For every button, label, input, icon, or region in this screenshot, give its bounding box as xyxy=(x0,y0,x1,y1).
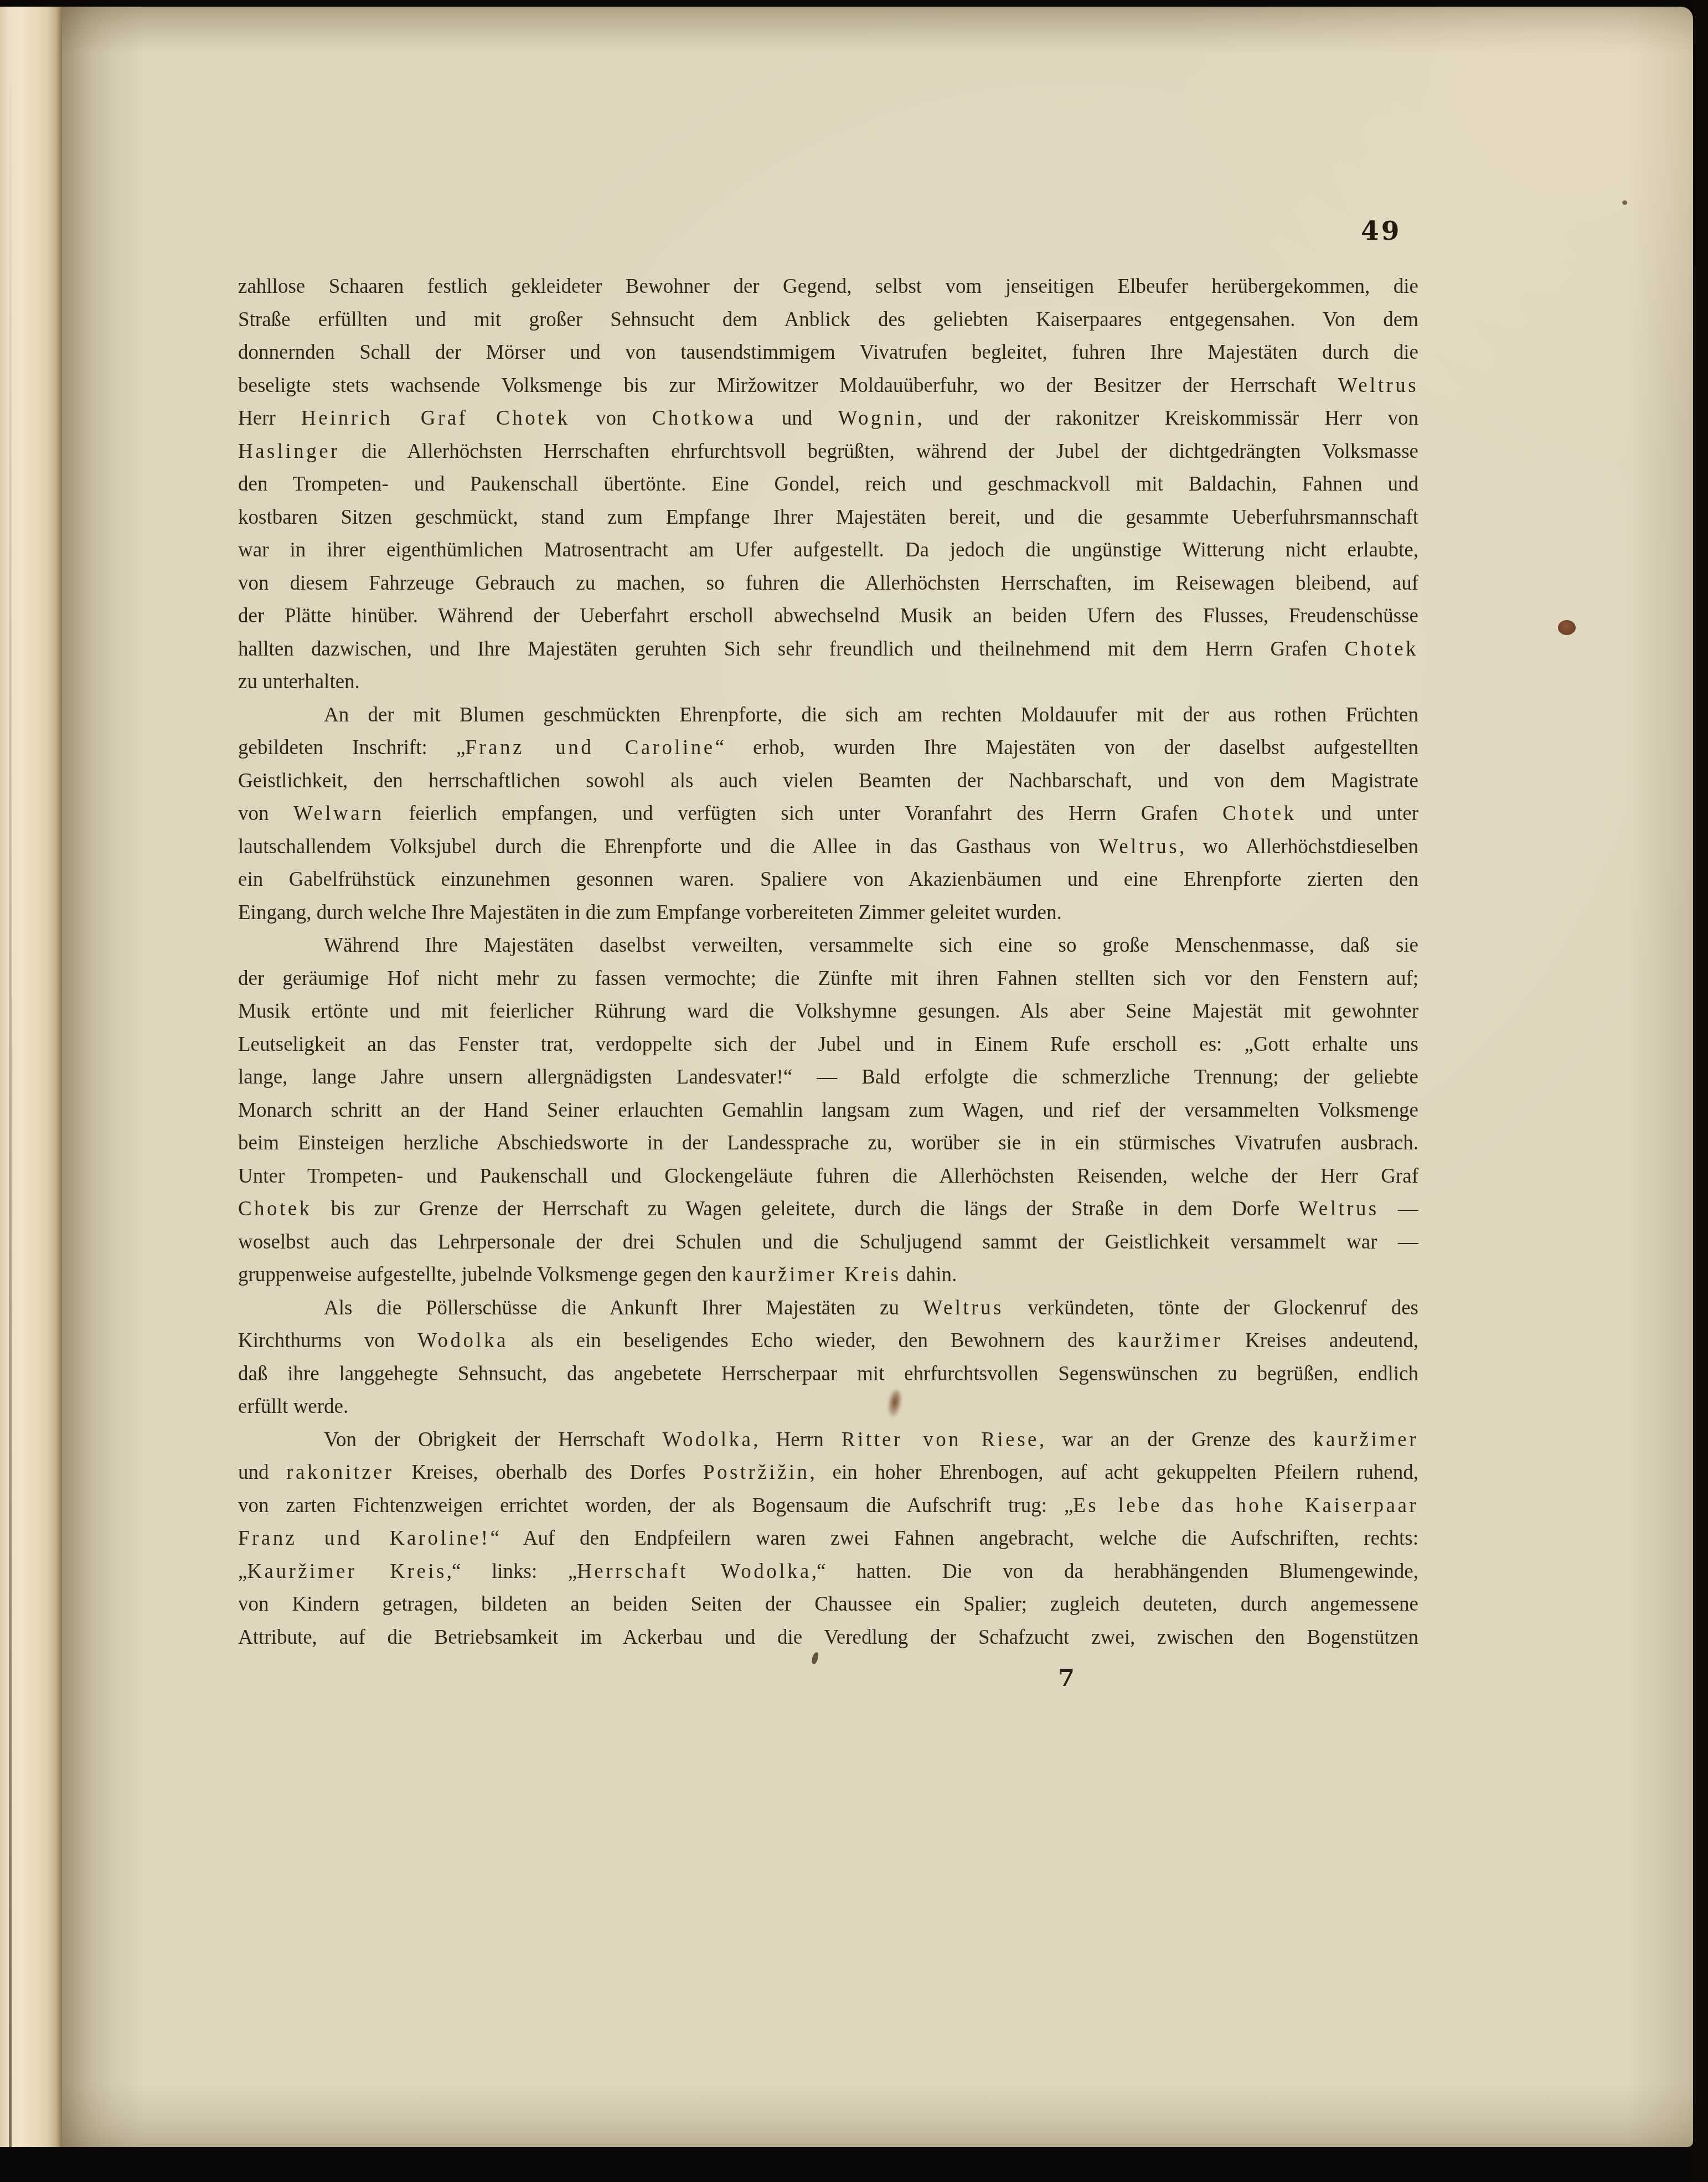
text-line: lautschallendem Volksjubel durch die Ehr… xyxy=(238,830,1418,864)
text-line: von Welwarn feierlich empfangen, und ver… xyxy=(238,797,1418,830)
text-segment: von xyxy=(570,407,652,430)
text-segment: von diesem Fahrzeuge Gebrauch zu machen,… xyxy=(238,572,1418,595)
text-segment: Geistlichkeit, den herrschaftlichen sowo… xyxy=(238,770,1418,792)
text-line: Unter Trompeten- und Paukenschall und Gl… xyxy=(238,1160,1418,1193)
letterspaced-name: Postržižin xyxy=(703,1461,809,1484)
text-line: Leutseligkeit an das Fenster trat, verdo… xyxy=(238,1028,1418,1061)
letterspaced-name: Chotkowa xyxy=(652,407,756,430)
letterspaced-name: Weltrus xyxy=(1338,374,1418,397)
text-segment: Unter Trompeten- und Paukenschall und Gl… xyxy=(238,1165,1418,1188)
text-segment: beim Einsteigen herzliche Abschiedsworte… xyxy=(238,1132,1418,1154)
text-line: kostbaren Sitzen geschmückt, stand zum E… xyxy=(238,501,1418,534)
text-line: Haslinger die Allerhöchsten Herrschaften… xyxy=(238,435,1418,468)
letterspaced-name: Weltrus xyxy=(923,1297,1004,1319)
text-line: Straße erfüllten und mit großer Sehnsuch… xyxy=(238,303,1418,337)
text-segment: der geräumige Hof nicht mehr zu fassen v… xyxy=(238,967,1418,990)
text-segment: Leutseligkeit an das Fenster trat, verdo… xyxy=(238,1033,1418,1056)
text-line: Eingang, durch welche Ihre Majestäten in… xyxy=(238,896,1418,930)
text-segment: Musik ertönte und mit feierlicher Rührun… xyxy=(238,1000,1418,1023)
text-line: Geistlichkeit, den herrschaftlichen sowo… xyxy=(238,765,1418,798)
text-segment: Herr xyxy=(238,407,301,430)
letterspaced-name: Franz und Caroline xyxy=(465,736,715,759)
text-line: An der mit Blumen geschmückten Ehrenpfor… xyxy=(238,699,1418,732)
text-segment: lautschallendem Volksjubel durch die Ehr… xyxy=(238,835,1099,858)
letterspaced-name: Herrschaft Wodolka xyxy=(577,1560,812,1583)
text-line: Franz und Karoline!“ Auf den Endpfeilern… xyxy=(238,1522,1418,1555)
text-segment: donnernden Schall der Mörser und von tau… xyxy=(238,341,1418,364)
text-segment: und xyxy=(238,1461,286,1484)
text-segment: daß ihre langgehegte Sehnsucht, das ange… xyxy=(238,1363,1418,1385)
text-line: von Kindern getragen, bildeten an beiden… xyxy=(238,1588,1418,1621)
text-segment: „ xyxy=(238,1560,247,1583)
text-segment: , und der rakonitzer Kreiskommissär Herr… xyxy=(917,407,1418,430)
text-line: von diesem Fahrzeuge Gebrauch zu machen,… xyxy=(238,567,1418,600)
text-line: gruppenweise aufgestellte, jubelnde Volk… xyxy=(238,1258,1418,1292)
letterspaced-name: Weltrus xyxy=(1099,835,1179,858)
text-segment: von xyxy=(238,802,293,825)
text-segment: , wo Allerhöchstdieselben xyxy=(1179,835,1418,858)
text-line: der geräumige Hof nicht mehr zu fassen v… xyxy=(238,962,1418,995)
letterspaced-name: Chotek xyxy=(238,1198,312,1220)
text-segment: den Trompeten- und Paukenschall übertönt… xyxy=(238,473,1418,496)
letterspaced-name: kauržimer Kreis xyxy=(732,1263,901,1286)
text-segment: Von der Obrigkeit der Herrschaft xyxy=(324,1428,663,1451)
text-segment: ,“ hatten. Die von da herabhängenden Blu… xyxy=(812,1560,1418,1583)
letterspaced-name: Chotek xyxy=(1344,638,1418,661)
letterspaced-name: kauržimer xyxy=(1313,1428,1418,1451)
text-segment: Kreises andeutend, xyxy=(1222,1329,1418,1352)
text-segment: und xyxy=(756,407,838,430)
text-line: donnernden Schall der Mörser und von tau… xyxy=(238,336,1418,369)
text-segment: und unter xyxy=(1297,802,1419,825)
book-page: 49 zahllose Schaaren festlich gekleidete… xyxy=(62,7,1693,2147)
text-line: daß ihre langgehegte Sehnsucht, das ange… xyxy=(238,1358,1418,1391)
text-segment: An der mit Blumen geschmückten Ehrenpfor… xyxy=(324,704,1418,726)
scanned-book-page: 49 zahllose Schaaren festlich gekleidete… xyxy=(0,0,1708,2182)
paper-speck xyxy=(1622,200,1627,205)
text-segment: — xyxy=(1379,1198,1418,1220)
text-segment: dahin. xyxy=(901,1263,957,1286)
text-segment: erfüllt werde. xyxy=(238,1395,348,1418)
text-segment: als ein beseligendes Echo wieder, den Be… xyxy=(508,1329,1117,1352)
text-segment: , war an der Grenze des xyxy=(1039,1428,1313,1451)
text-line: Als die Pöllerschüsse die Ankunft Ihrer … xyxy=(238,1292,1418,1325)
letterspaced-name: Franz und Karoline! xyxy=(238,1527,491,1550)
text-segment: woselbst auch das Lehrpersonale der drei… xyxy=(238,1231,1418,1254)
text-line: ein Gabelfrühstück einzunehmen gesonnen … xyxy=(238,863,1418,896)
text-segment: Attribute, auf die Betriebsamkeit im Ack… xyxy=(238,1626,1418,1649)
text-line: lange, lange Jahre unsern allergnädigste… xyxy=(238,1061,1418,1094)
text-line: erfüllt werde. xyxy=(238,1390,1418,1423)
text-segment: kostbaren Sitzen geschmückt, stand zum E… xyxy=(238,506,1418,529)
text-segment: ein Gabelfrühstück einzunehmen gesonnen … xyxy=(238,868,1418,891)
text-segment: “ erhob, wurden Ihre Majestäten von der … xyxy=(715,736,1418,759)
text-line: beim Einsteigen herzliche Abschiedsworte… xyxy=(238,1127,1418,1160)
letterspaced-name: Chotek xyxy=(1222,802,1297,825)
text-line: war in ihrer eigenthümlichen Matrosentra… xyxy=(238,534,1418,567)
text-line: hallten dazwischen, und Ihre Majestäten … xyxy=(238,633,1418,666)
text-segment: feierlich empfangen, und verfügten sich … xyxy=(384,802,1222,825)
text-segment: , Herrn xyxy=(753,1428,842,1451)
text-segment: war in ihrer eigenthümlichen Matrosentra… xyxy=(238,539,1418,561)
text-segment: lange, lange Jahre unsern allergnädigste… xyxy=(238,1066,1418,1089)
letterspaced-name: Wodolka xyxy=(417,1329,508,1352)
text-line: Kirchthurms von Wodolka als ein beselige… xyxy=(238,1324,1418,1358)
text-line: zu unterhalten. xyxy=(238,666,1418,699)
letterspaced-name: Wognin xyxy=(838,407,917,430)
text-line: Attribute, auf die Betriebsamkeit im Ack… xyxy=(238,1621,1418,1654)
text-line: Monarch schritt an der Hand Seiner erlau… xyxy=(238,1094,1418,1127)
text-segment: , ein hoher Ehrenbogen, auf acht gekuppe… xyxy=(809,1461,1418,1484)
text-segment: zahllose Schaaren festlich gekleideter B… xyxy=(238,275,1418,298)
text-segment: die Allerhöchsten Herrschaften ehrfurcht… xyxy=(340,440,1418,463)
scan-border-bottom xyxy=(0,2147,1708,2182)
text-line: „Kauržimer Kreis,“ links: „Herrschaft Wo… xyxy=(238,1555,1418,1588)
text-segment: der Plätte hinüber. Während der Ueberfah… xyxy=(238,605,1418,627)
text-line: den Trompeten- und Paukenschall übertönt… xyxy=(238,468,1418,501)
text-segment: Monarch schritt an der Hand Seiner erlau… xyxy=(238,1099,1418,1122)
text-segment: zu unterhalten. xyxy=(238,670,360,693)
text-segment: gruppenweise aufgestellte, jubelnde Volk… xyxy=(238,1263,732,1286)
page-number: 49 xyxy=(1361,216,1483,246)
letterspaced-name: Haslinger xyxy=(238,440,340,463)
letterspaced-name: Weltrus xyxy=(1298,1198,1379,1220)
text-block: zahllose Schaaren festlich gekleideter B… xyxy=(238,270,1418,1654)
letterspaced-name: rakonitzer xyxy=(286,1461,394,1484)
text-segment: Straße erfüllten und mit großer Sehnsuch… xyxy=(238,308,1418,331)
text-segment: hallten dazwischen, und Ihre Majestäten … xyxy=(238,638,1344,661)
letterspaced-name: Heinrich Graf Chotek xyxy=(301,407,570,430)
text-segment: Als die Pöllerschüsse die Ankunft Ihrer … xyxy=(324,1297,923,1319)
text-segment: verkündeten, tönte der Glockenruf des xyxy=(1004,1297,1418,1319)
text-line: zahllose Schaaren festlich gekleideter B… xyxy=(238,270,1418,303)
text-segment: von zarten Fichtenzweigen errichtet word… xyxy=(238,1494,1073,1517)
letterspaced-name: Wodolka xyxy=(663,1428,754,1451)
text-line: Während Ihre Majestäten daselbst verweil… xyxy=(238,929,1418,962)
text-line: Chotek bis zur Grenze der Herrschaft zu … xyxy=(238,1193,1418,1226)
text-segment: Kirchthurms von xyxy=(238,1329,417,1352)
text-segment: ,“ links: „ xyxy=(447,1560,577,1583)
text-line: Herr Heinrich Graf Chotek von Chotkowa u… xyxy=(238,402,1418,435)
text-line: gebildeten Inschrift: „Franz und Carolin… xyxy=(238,731,1418,765)
ink-stain-dot xyxy=(1558,620,1576,635)
letterspaced-name: Welwarn xyxy=(293,802,384,825)
text-line: der Plätte hinüber. Während der Ueberfah… xyxy=(238,600,1418,633)
text-line: Musik ertönte und mit feierlicher Rührun… xyxy=(238,995,1418,1028)
scan-border-right xyxy=(1693,0,1708,2182)
text-segment: gebildeten Inschrift: „ xyxy=(238,736,465,759)
text-segment: Während Ihre Majestäten daselbst verweil… xyxy=(324,934,1418,957)
signature-mark: 7 xyxy=(1041,1664,1091,1692)
text-line: und rakonitzer Kreises, oberhalb des Dor… xyxy=(238,1456,1418,1489)
text-line: beseligte stets wachsende Volksmenge bis… xyxy=(238,369,1418,403)
text-line: woselbst auch das Lehrpersonale der drei… xyxy=(238,1226,1418,1259)
text-segment: beseligte stets wachsende Volksmenge bis… xyxy=(238,374,1338,397)
text-segment: Kreises, oberhalb des Dorfes xyxy=(394,1461,703,1484)
text-segment: “ Auf den Endpfeilern waren zwei Fahnen … xyxy=(491,1527,1418,1550)
letterspaced-name: Kauržimer Kreis xyxy=(247,1560,446,1583)
scan-border-top xyxy=(0,0,1708,7)
letterspaced-name: Es lebe das hohe Kaiserpaar xyxy=(1073,1494,1418,1517)
letterspaced-name: kauržimer xyxy=(1117,1329,1222,1352)
text-segment: von Kindern getragen, bildeten an beiden… xyxy=(238,1593,1418,1616)
letterspaced-name: Ritter von Riese xyxy=(842,1428,1039,1451)
text-line: von zarten Fichtenzweigen errichtet word… xyxy=(238,1489,1418,1523)
text-segment: Eingang, durch welche Ihre Majestäten in… xyxy=(238,901,1062,924)
text-line: Von der Obrigkeit der Herrschaft Wodolka… xyxy=(238,1423,1418,1457)
text-segment: bis zur Grenze der Herrschaft zu Wagen g… xyxy=(312,1198,1299,1220)
adjacent-page-edge xyxy=(0,7,65,2147)
